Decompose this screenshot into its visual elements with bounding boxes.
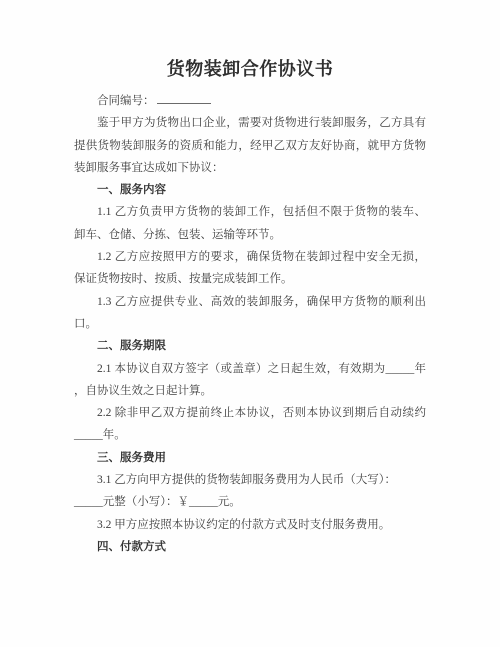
document-page: 货物装卸合作协议书 合同编号： 鉴于甲方为货物出口企业，需要对货物进行装卸服务，… (0, 0, 500, 647)
contract-number-blank (157, 91, 211, 104)
doc-line: 卸车、仓储、分拣、包装、运输等环节。 (74, 224, 426, 246)
contract-number-label: 合同编号： (97, 95, 155, 107)
doc-line: 提供货物装卸服务的资质和能力，经甲乙双方友好协商，就甲方货物 (74, 135, 426, 157)
doc-line: 3.1 乙方向甲方提供的货物装卸服务费用为人民币（大写）： (74, 469, 426, 491)
document-body: 合同编号： 鉴于甲方为货物出口企业，需要对货物进行装卸服务，乙方具有 提供货物装… (74, 90, 426, 558)
section-heading-1: 一、服务内容 (74, 179, 426, 201)
doc-line: _____年。 (74, 424, 426, 446)
doc-line: 2.2 除非甲乙双方提前终止本协议，否则本协议到期后自动续约 (74, 402, 426, 424)
doc-line: 1.3 乙方应提供专业、高效的装卸服务，确保甲方货物的顺利出 (74, 291, 426, 313)
doc-line: ，自协议生效之日起计算。 (74, 380, 426, 402)
section-heading-2: 二、服务期限 (74, 335, 426, 357)
doc-line: 3.2 甲方应按照本协议约定的付款方式及时支付服务费用。 (74, 514, 426, 536)
doc-line: 1.1 乙方负责甲方货物的装卸工作，包括但不限于货物的装车、 (74, 201, 426, 223)
document-title: 货物装卸合作协议书 (0, 57, 500, 81)
doc-line: 保证货物按时、按质、按量完成装卸工作。 (74, 268, 426, 290)
doc-line: 装卸服务事宜达成如下协议： (74, 157, 426, 179)
section-heading-3: 三、服务费用 (74, 447, 426, 469)
doc-line: 口。 (74, 313, 426, 335)
doc-line: _____元整（小写）：￥_____元。 (74, 491, 426, 513)
contract-number-line: 合同编号： (74, 90, 426, 112)
doc-line: 1.2 乙方应按照甲方的要求，确保货物在装卸过程中安全无损， (74, 246, 426, 268)
doc-line: 2.1 本协议自双方签字（或盖章）之日起生效，有效期为_____年 (74, 358, 426, 380)
section-heading-4: 四、付款方式 (74, 536, 426, 558)
doc-line: 鉴于甲方为货物出口企业，需要对货物进行装卸服务，乙方具有 (74, 112, 426, 134)
